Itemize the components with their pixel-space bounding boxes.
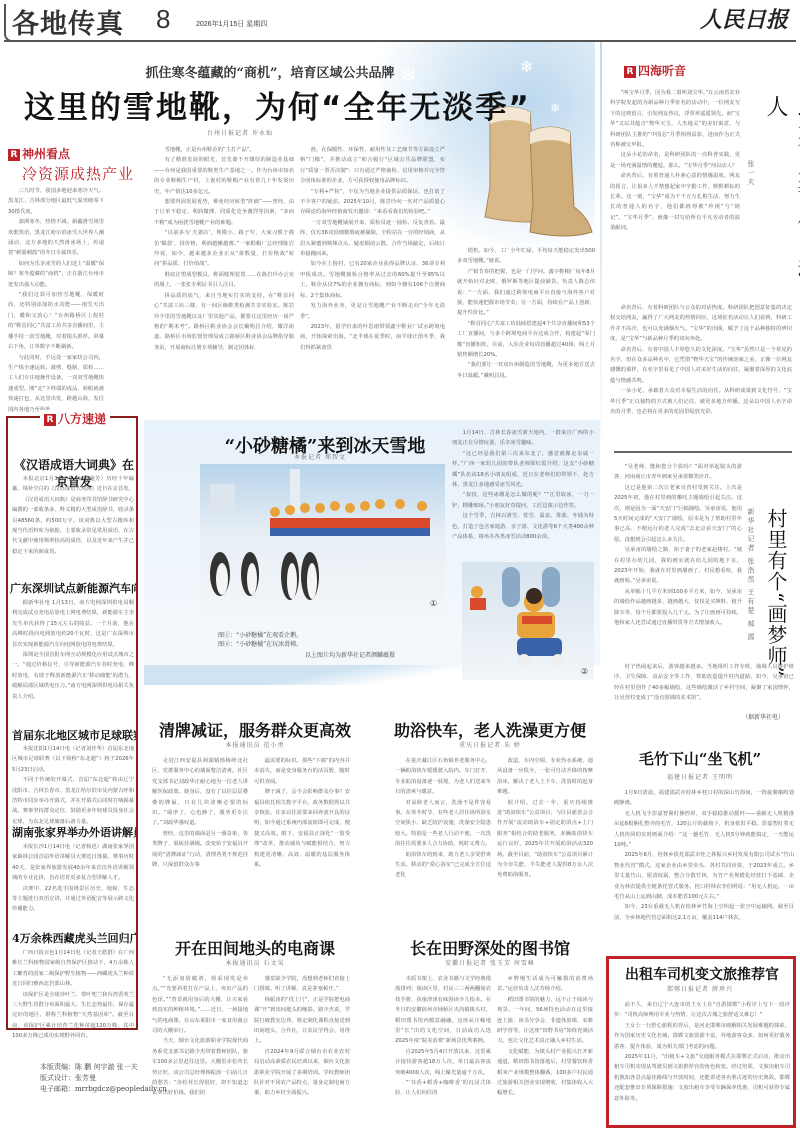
brief-title-3: 首届东北地区城市足球联赛将启动 — [12, 727, 136, 743]
village-source: （据新华社电） — [742, 712, 784, 721]
lead-col1: 三九时节，我国多地迎来寒冷天气。黑龙江、吉林部分地区最低气温突破零下30摄氏度。… — [8, 186, 104, 415]
village-body-cont: 村子热闹起来后，游客越来越多。当地组织工作专班，抽调人员维护秩序、卫生保障、食品… — [614, 662, 794, 704]
feature-captions: 图①：“小砂糖橘”在观看企鹅。 图②：“小砂糖橘”在玩冰滑梯。 — [218, 630, 302, 648]
story-byline-1: 本报通讯员 范小勇 — [190, 740, 320, 749]
sihai-body: “叫宝华月季，因为我二舅叫刘宝华。”在云南省农业科学院发起的为新品种月季征名的活… — [610, 88, 740, 234]
story-3-col2: 感觉缺少学院，没想到老师们直接上门授课。听了讲解，真是茅塞顿开。”杨振涛的“找上… — [254, 974, 350, 1099]
lead-col4: 销售。如今，工厂全年忙碌，平均每天能稳定发出500多双雪地靴。”她说。产销节奏的… — [457, 246, 595, 381]
lead-col3: 准，在保暖性、环保性、耐用性及工艺细节等方面设立严格“门槛”，并推动成立“和合履… — [300, 145, 445, 353]
photo-1-marker: ① — [430, 599, 437, 608]
sihai-byline: 张一夫 — [746, 160, 756, 187]
bamboo-body: 1月9日清晨，福建邵武市桂林乡桂口村的深山竹海间，一阵旋翼嗡鸣划破静谧。无人机飞… — [614, 788, 794, 923]
brief-body-5: 广西日报百色1月14日电（记者王皓群）在广西雅长兰科植物国家级自然保护区推动下，… — [12, 948, 134, 1042]
lead-col2: 雪地靴，正是台州鞋企的“主打产品”。有了精准发展的眼光，首先离不开雄厚的制造业基… — [154, 145, 294, 353]
brief-body-4: 本报长沙1月14日电（记者杨迅）湖南张家界国家森林公园首届外语讲解员大赛近日落幕… — [12, 842, 134, 915]
story-byline-3: 本报通讯员 石文昊 — [190, 958, 320, 967]
lead-kicker: 抓住寒冬蕴藏的“商机”，培育区域公共品牌 — [70, 62, 470, 81]
story-byline-2: 重庆日报记者 朱 婷 — [425, 740, 555, 749]
newspaper-logo: 人民日报 — [700, 3, 788, 34]
brief-body-3: 本报沈阳1月14日电（记者刘佳华）首届东北地区城市足球联赛（以下简称“东北超”）… — [12, 744, 134, 827]
r-logo-icon: R — [44, 414, 56, 426]
page-credits: 本版责编：陈 鹏 何宇澈 张一夫 版式设计：张芳曼 电子邮箱：mrrbgdcz@… — [40, 1062, 167, 1095]
story-1-col2: 最需要的标识。那些“下墙”的内容并未消失，而是变身服务台的活页册，随时可供查阅。… — [254, 756, 350, 870]
lead-byline: 台州日报记者 许永灿 — [160, 128, 320, 137]
section-title: 各地传真 — [12, 2, 124, 41]
lead-headline: 这里的雪地靴，为何“全年无淡季” — [24, 82, 531, 127]
feature-body: 1月14日，吉林长春冰雪新天地内，一群来自广西的小朋友正在尽情玩耍，乐享冰雪趣味… — [452, 428, 594, 542]
story-4-col2: 乡野慢生活成为可触摸的消费场景。”运营负责人沈寿杨介绍。稻田图书馆的魅力，远不止… — [497, 974, 593, 1099]
column-tag-sihai: R四海听音 — [624, 62, 686, 79]
story-byline-4: 安徽日报记者 张玉芳 何雪峰 — [410, 958, 570, 967]
issue-date: 2026年1月15日 星期四 — [196, 19, 267, 29]
story-1-col1: 走进江西安福县洲湖镇杨梅岭北社区，党群服务中心的墙面整洁清爽。社区党支部书记刘政… — [152, 756, 248, 870]
taxi-body: 前不久，来自辽宁大连市的王女士在“自游邯郸”小程序上写下一段评价：“司机高师傅用… — [614, 1000, 790, 1104]
column-subtitle: 冷资源成热产业 — [22, 163, 134, 184]
photo-2-marker: ② — [581, 667, 588, 676]
feature-byline: 本报记者 郑智文 — [260, 452, 380, 461]
column-tag-bafang: R八方速递 — [40, 410, 110, 427]
story-2-col2: 改造，车内空调、专业热水系统、通风设备一应俱全，一张可自动升降的按摩浴床，解决了… — [497, 756, 593, 881]
brief-title-5: 4万余株西藏虎头兰回归广西山林 — [12, 930, 136, 946]
brief-title-2: 广东深圳试点新能源汽车向电网放电电费结算 — [10, 580, 136, 596]
children-penguins-photo — [200, 464, 445, 614]
r-logo-icon: R — [8, 149, 20, 161]
sihai-title: “宝华月季”何以动人 — [760, 95, 800, 295]
photo-2: ② — [462, 562, 594, 680]
story-title-2: 助浴快车，老人洗澡更方便 — [385, 718, 595, 741]
section-rule — [614, 451, 792, 453]
story-2-col1: 在重庆綦江区石角镇养老服务中心，一辆助浴快车缓缓驶入院内。车门打开，专业助浴设备… — [395, 756, 491, 881]
editors-line: 本版责编：陈 鹏 何宇澈 张一夫 — [40, 1062, 167, 1073]
village-title: 村里有个“画梦师” — [762, 508, 791, 688]
column-tag-shenzhou: R神州看点 — [8, 145, 70, 162]
photo-1: ① — [200, 464, 445, 614]
page-number: 8 — [156, 4, 170, 35]
child-ice-slide-photo — [462, 562, 594, 680]
brief-body-2: 据新华社电 1月13日，南方电网深圳供电局顺利完成试点充电站放电上网电费结算，新… — [12, 598, 134, 702]
header-bracket — [4, 4, 12, 42]
bamboo-title: 毛竹下山“坐飞机” — [620, 748, 780, 769]
story-3-col1: “无添加防腐剂，现采现发是卖点。”“光要斜着打在产品上，突出产品的色泽。”“背景… — [152, 974, 248, 1099]
story-title-1: 清牌减证，服务群众更高效 — [150, 718, 360, 741]
bamboo-byline: 福建日报记者 王明明 — [640, 772, 760, 781]
story-title-3: 开在田间地头的电商课 — [150, 936, 360, 959]
story-4-col1: 木质书架上，农业书籍与文学经典错落排列；阅读区里，村民三三两两翻阅农技手册、孩童… — [395, 974, 491, 1099]
sihai-body-cont: 命名背后，有着科研团队与公众的对话热度。科研团队把创意征集的决定权交给网友，赢得… — [610, 303, 792, 417]
village-byline: 新华社记者 张浩然 王有楚 郝 源 — [746, 508, 756, 658]
brief-body-1: 本报北京1月14日电（记者施芳）历经十年编纂、填补空白的《汉语成语大词典》近日在… — [12, 474, 134, 557]
taxi-byline: 邯郸日报记者 薛珍兴 — [640, 984, 760, 993]
design-line: 版式设计：张芳曼 — [40, 1073, 167, 1084]
taxi-title: 出租车司机变文旅推荐官 — [614, 964, 790, 984]
village-body: “吴老师，能和您合个影吗？”面对举起镜头的游客，河南商丘市青年画家吴承宙微笑应许… — [614, 462, 742, 629]
email-line: 电子邮箱：mrrbgdcz@peopledaily.cn — [40, 1084, 167, 1095]
story-title-4: 长在田野深处的图书馆 — [385, 936, 595, 959]
column-divider — [600, 42, 602, 462]
svg-text:❄: ❄ — [550, 101, 560, 115]
r-logo-icon: R — [624, 66, 636, 78]
brief-title-4: 湖南张家界举办外语讲解员大赛 — [12, 824, 136, 840]
svg-text:❄: ❄ — [520, 57, 533, 76]
photo-credit: 以上图片均为新华社记者颜麟蕴摄 — [305, 650, 395, 659]
